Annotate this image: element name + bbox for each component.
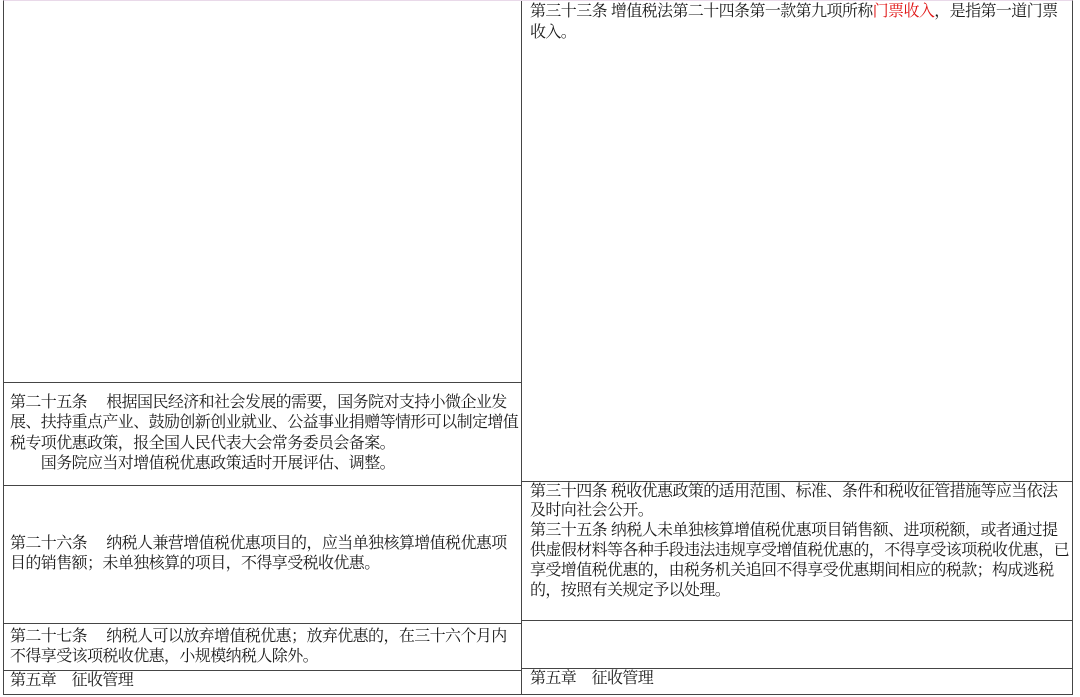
article-34-text: 第三十四条 税收优惠政策的适用范围、标准、条件和税收征管措施等应当依法及时向社会… bbox=[530, 482, 1070, 522]
left-column: 第二十五条 根据国民经济和社会发展的需要，国务院对支持小微企业发展、扶持重点产业… bbox=[4, 1, 522, 694]
vat-law-comparison-table: 第二十五条 根据国民经济和社会发展的需要，国务院对支持小微企业发展、扶持重点产业… bbox=[3, 0, 1073, 695]
article-25-cell: 第二十五条 根据国民经济和社会发展的需要，国务院对支持小微企业发展、扶持重点产业… bbox=[4, 383, 521, 486]
left-chapter-5-heading-cell: 第五章 征收管理 bbox=[4, 671, 521, 694]
left-chapter-5-heading: 第五章 征收管理 bbox=[10, 671, 520, 692]
article-33-text-before-highlight: 第三十三条 增值税法第二十四条第一款第九项所称 bbox=[530, 3, 873, 20]
article-27-cell: 第二十七条 纳税人可以放弃增值税优惠；放弃优惠的，在三十六个月内不得享受该项税收… bbox=[4, 624, 521, 671]
right-chapter-5-heading: 第五章 征收管理 bbox=[530, 669, 1070, 689]
left-empty-cell bbox=[4, 1, 521, 383]
article-26-text: 第二十六条 纳税人兼营增值税优惠项目的，应当单独核算增值税优惠项目的销售额；未单… bbox=[10, 534, 520, 575]
ticket-revenue-highlighted-text: 门票收入 bbox=[873, 3, 935, 20]
right-column: 第三十三条 增值税法第二十四条第一款第九项所称门票收入，是指第一道门票收入。 第… bbox=[522, 1, 1072, 694]
article-27-text: 第二十七条 纳税人可以放弃增值税优惠；放弃优惠的，在三十六个月内不得享受该项税收… bbox=[10, 627, 520, 668]
article-33-cell: 第三十三条 增值税法第二十四条第一款第九项所称门票收入，是指第一道门票收入。 bbox=[522, 1, 1072, 482]
article-33-text: 第三十三条 增值税法第二十四条第一款第九项所称门票收入，是指第一道门票收入。 bbox=[530, 1, 1070, 43]
right-empty-cell bbox=[522, 621, 1072, 669]
article-34-35-cell: 第三十四条 税收优惠政策的适用范围、标准、条件和税收征管措施等应当依法及时向社会… bbox=[522, 482, 1072, 622]
article-25-paragraph-1: 第二十五条 根据国民经济和社会发展的需要，国务院对支持小微企业发展、扶持重点产业… bbox=[10, 393, 520, 455]
article-26-cell: 第二十六条 纳税人兼营增值税优惠项目的，应当单独核算增值税优惠项目的销售额；未单… bbox=[4, 486, 521, 625]
article-35-text: 第三十五条 纳税人未单独核算增值税优惠项目销售额、进项税额，或者通过提供虚假材料… bbox=[530, 521, 1070, 600]
article-25-paragraph-2: 国务院应当对增值税优惠政策适时开展评估、调整。 bbox=[10, 454, 520, 475]
right-chapter-5-heading-cell: 第五章 征收管理 bbox=[522, 669, 1072, 694]
